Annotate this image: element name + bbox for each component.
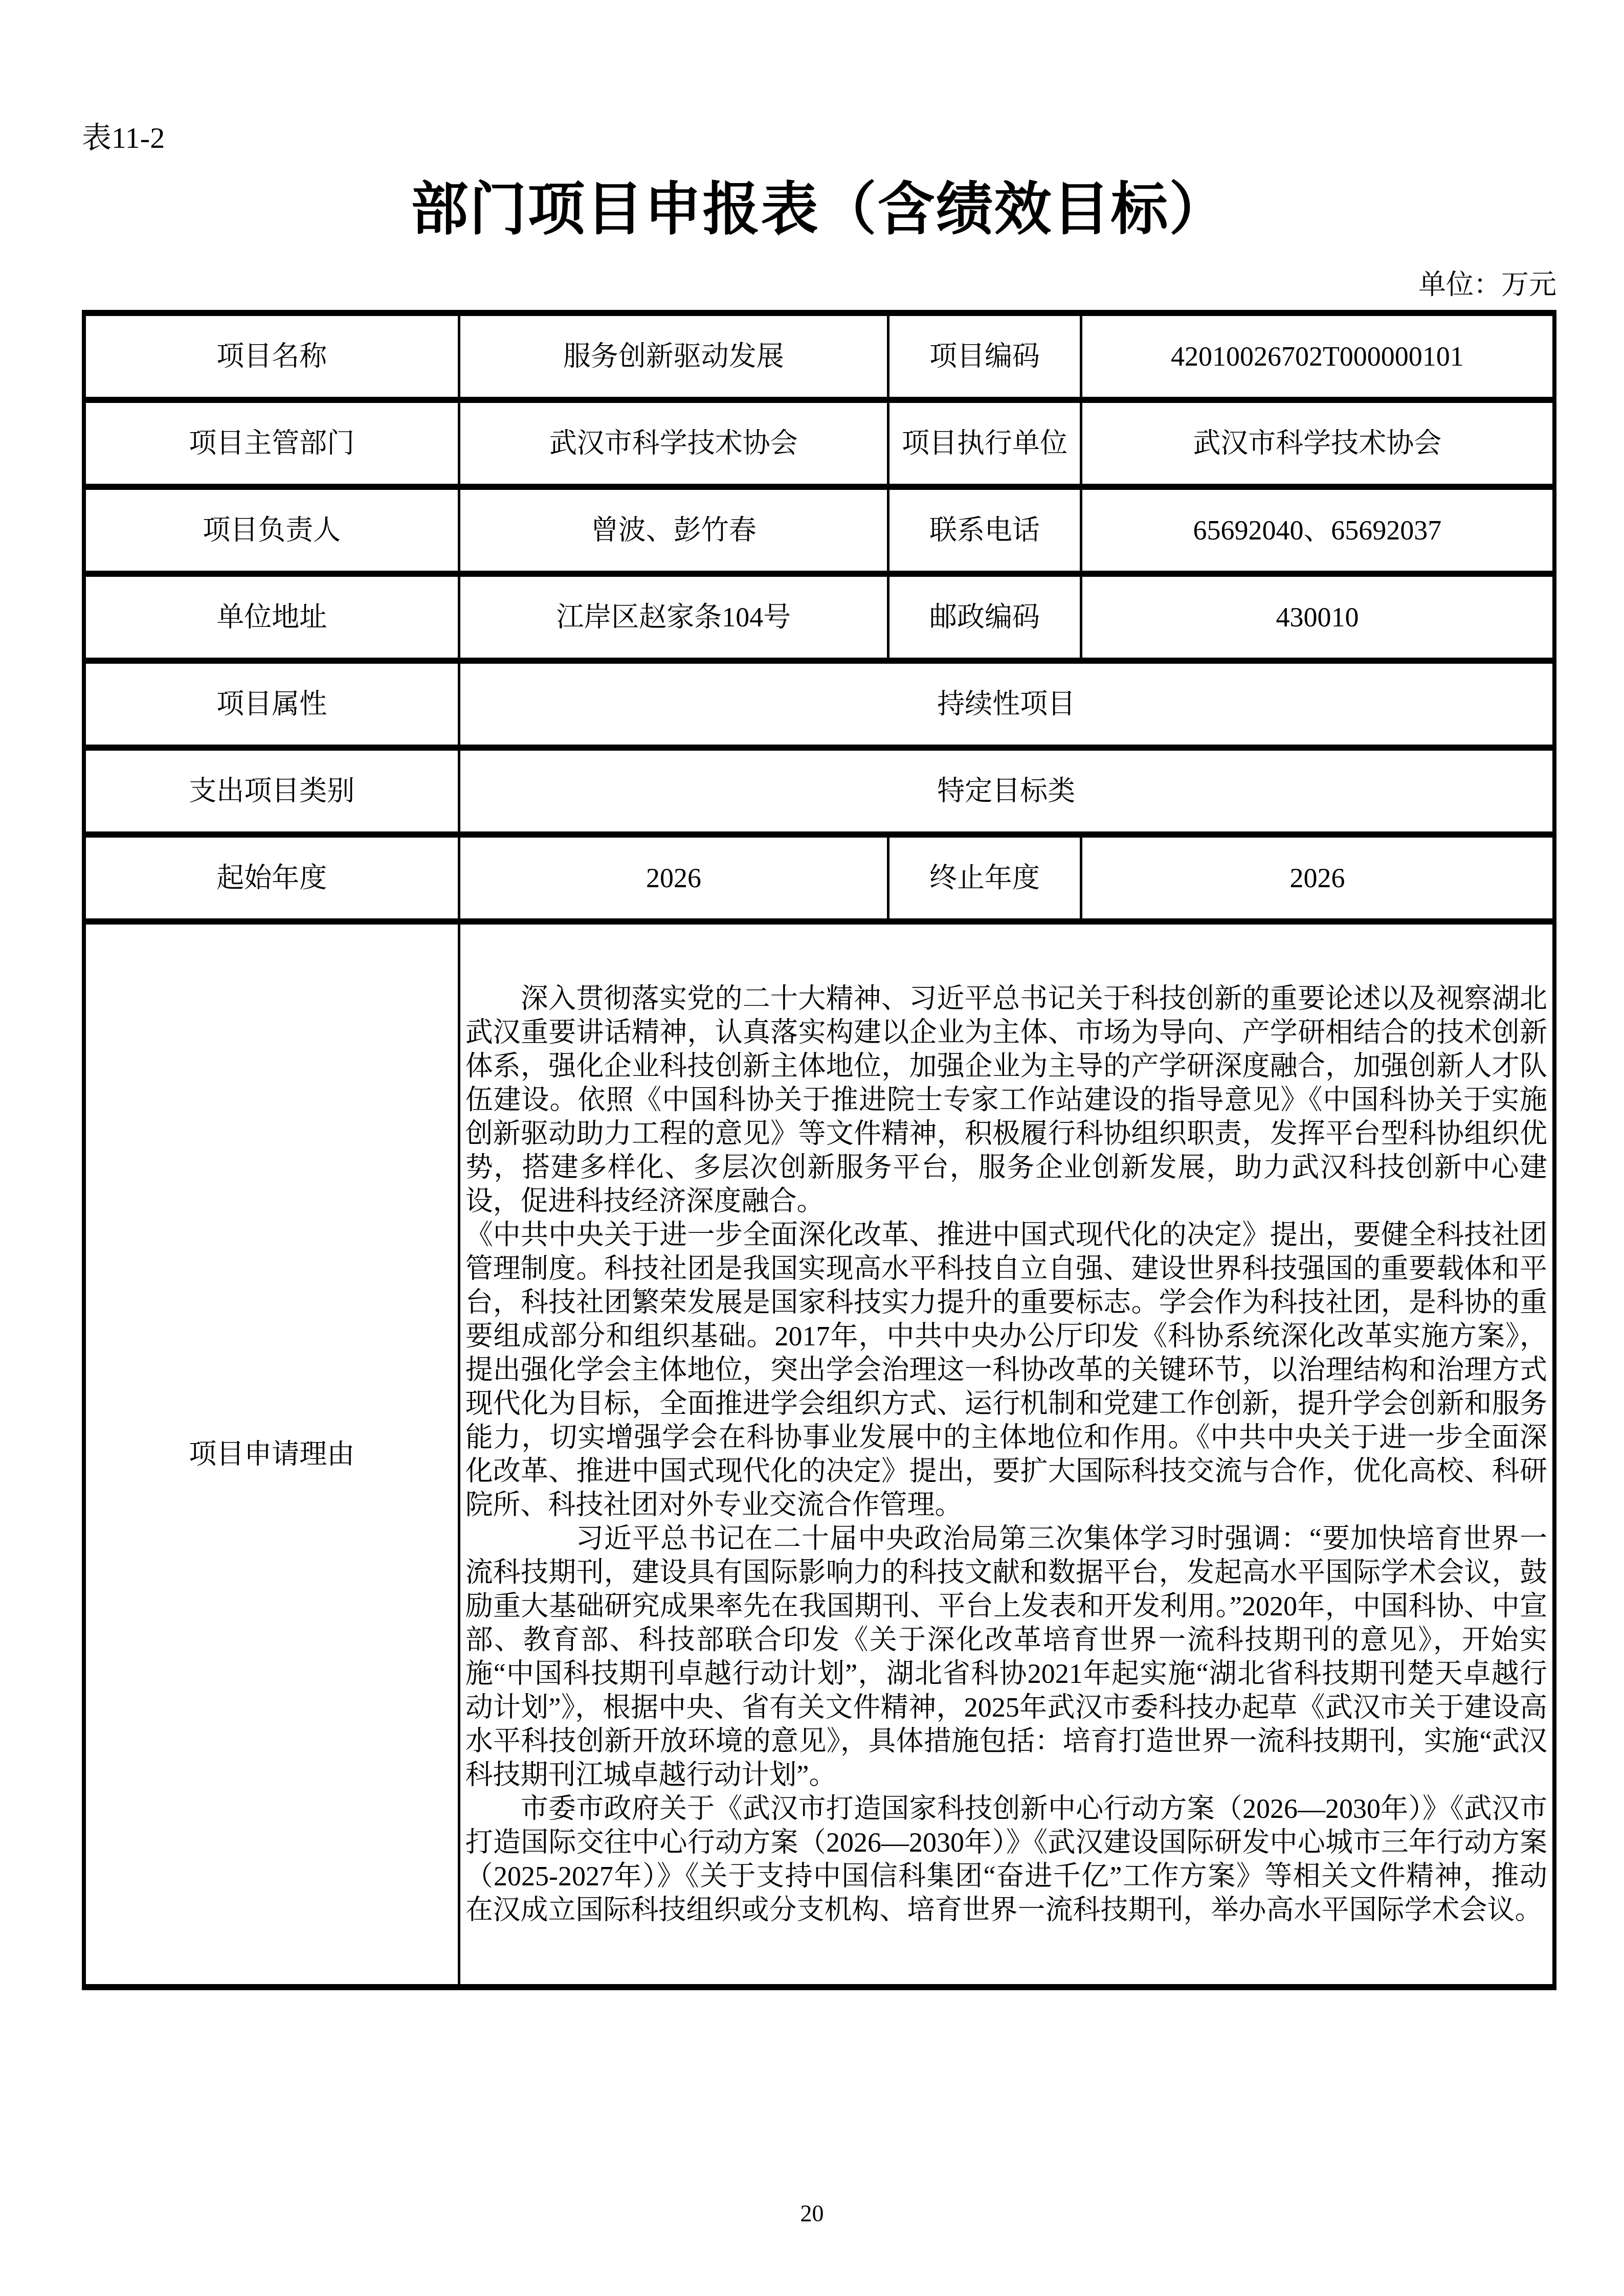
application-form-table: 项目名称 服务创新驱动发展 项目编码 42010026702T000000101… [82, 310, 1556, 1990]
value-expenditure-category: 特定目标类 [459, 748, 1554, 835]
label-expenditure-category: 支出项目类别 [84, 748, 459, 835]
label-project-name: 项目名称 [84, 313, 459, 400]
reason-paragraph: 习近平总书记在二十届中央政治局第三次集体学习时强调：“要加快培育世界一流科技期刊… [465, 1522, 1547, 1792]
value-contact-phone: 65692040、65692037 [1081, 487, 1554, 574]
table-row-responsible-person: 项目负责人 曾波、彭竹春 联系电话 65692040、65692037 [84, 487, 1554, 574]
label-application-reason: 项目申请理由 [84, 921, 459, 1987]
reason-paragraph: 市委市政府关于《武汉市打造国家科技创新中心行动方案（2026—2030年）》《武… [465, 1792, 1547, 1927]
table-row-expenditure-category: 支出项目类别 特定目标类 [84, 748, 1554, 835]
label-contact-phone: 联系电话 [888, 487, 1081, 574]
value-project-name: 服务创新驱动发展 [459, 313, 888, 400]
table-row-application-reason: 项目申请理由 深入贯彻落实党的二十大精神、习近平总书记关于科技创新的重要论述以及… [84, 921, 1554, 1987]
unit-note: 单位：万元 [82, 268, 1556, 302]
value-postal-code: 430010 [1081, 574, 1554, 661]
value-application-reason: 深入贯彻落实党的二十大精神、习近平总书记关于科技创新的重要论述以及视察湖北武汉重… [459, 921, 1554, 1987]
value-supervising-department: 武汉市科学技术协会 [459, 400, 888, 487]
table-row-years: 起始年度 2026 终止年度 2026 [84, 835, 1554, 921]
label-postal-code: 邮政编码 [888, 574, 1081, 661]
table-row-address: 单位地址 江岸区赵家条104号 邮政编码 430010 [84, 574, 1554, 661]
table-row-departments: 项目主管部门 武汉市科学技术协会 项目执行单位 武汉市科学技术协会 [84, 400, 1554, 487]
page-title: 部门项目申报表（含绩效目标） [82, 172, 1556, 246]
value-project-code: 42010026702T000000101 [1081, 313, 1554, 400]
value-executing-unit: 武汉市科学技术协会 [1081, 400, 1554, 487]
value-project-attribute: 持续性项目 [459, 661, 1554, 748]
label-project-code: 项目编码 [888, 313, 1081, 400]
value-start-year: 2026 [459, 835, 888, 921]
label-executing-unit: 项目执行单位 [888, 400, 1081, 487]
reason-paragraph: 《中共中央关于进一步全面深化改革、推进中国式现代化的决定》提出，要健全科技社团管… [465, 1218, 1547, 1522]
label-unit-address: 单位地址 [84, 574, 459, 661]
value-end-year: 2026 [1081, 835, 1554, 921]
table-row-project-attribute: 项目属性 持续性项目 [84, 661, 1554, 748]
reason-paragraph: 深入贯彻落实党的二十大精神、习近平总书记关于科技创新的重要论述以及视察湖北武汉重… [465, 982, 1547, 1218]
document-page: 表11-2 部门项目申报表（含绩效目标） 单位：万元 项目名称 服务创新驱动发展… [0, 0, 1624, 2296]
label-responsible-person: 项目负责人 [84, 487, 459, 574]
label-project-attribute: 项目属性 [84, 661, 459, 748]
label-start-year: 起始年度 [84, 835, 459, 921]
page-number: 20 [0, 2200, 1624, 2227]
table-row-project-name: 项目名称 服务创新驱动发展 项目编码 42010026702T000000101 [84, 313, 1554, 400]
value-responsible-person: 曾波、彭竹春 [459, 487, 888, 574]
value-unit-address: 江岸区赵家条104号 [459, 574, 888, 661]
doc-tag: 表11-2 [82, 0, 1556, 156]
label-supervising-department: 项目主管部门 [84, 400, 459, 487]
label-end-year: 终止年度 [888, 835, 1081, 921]
